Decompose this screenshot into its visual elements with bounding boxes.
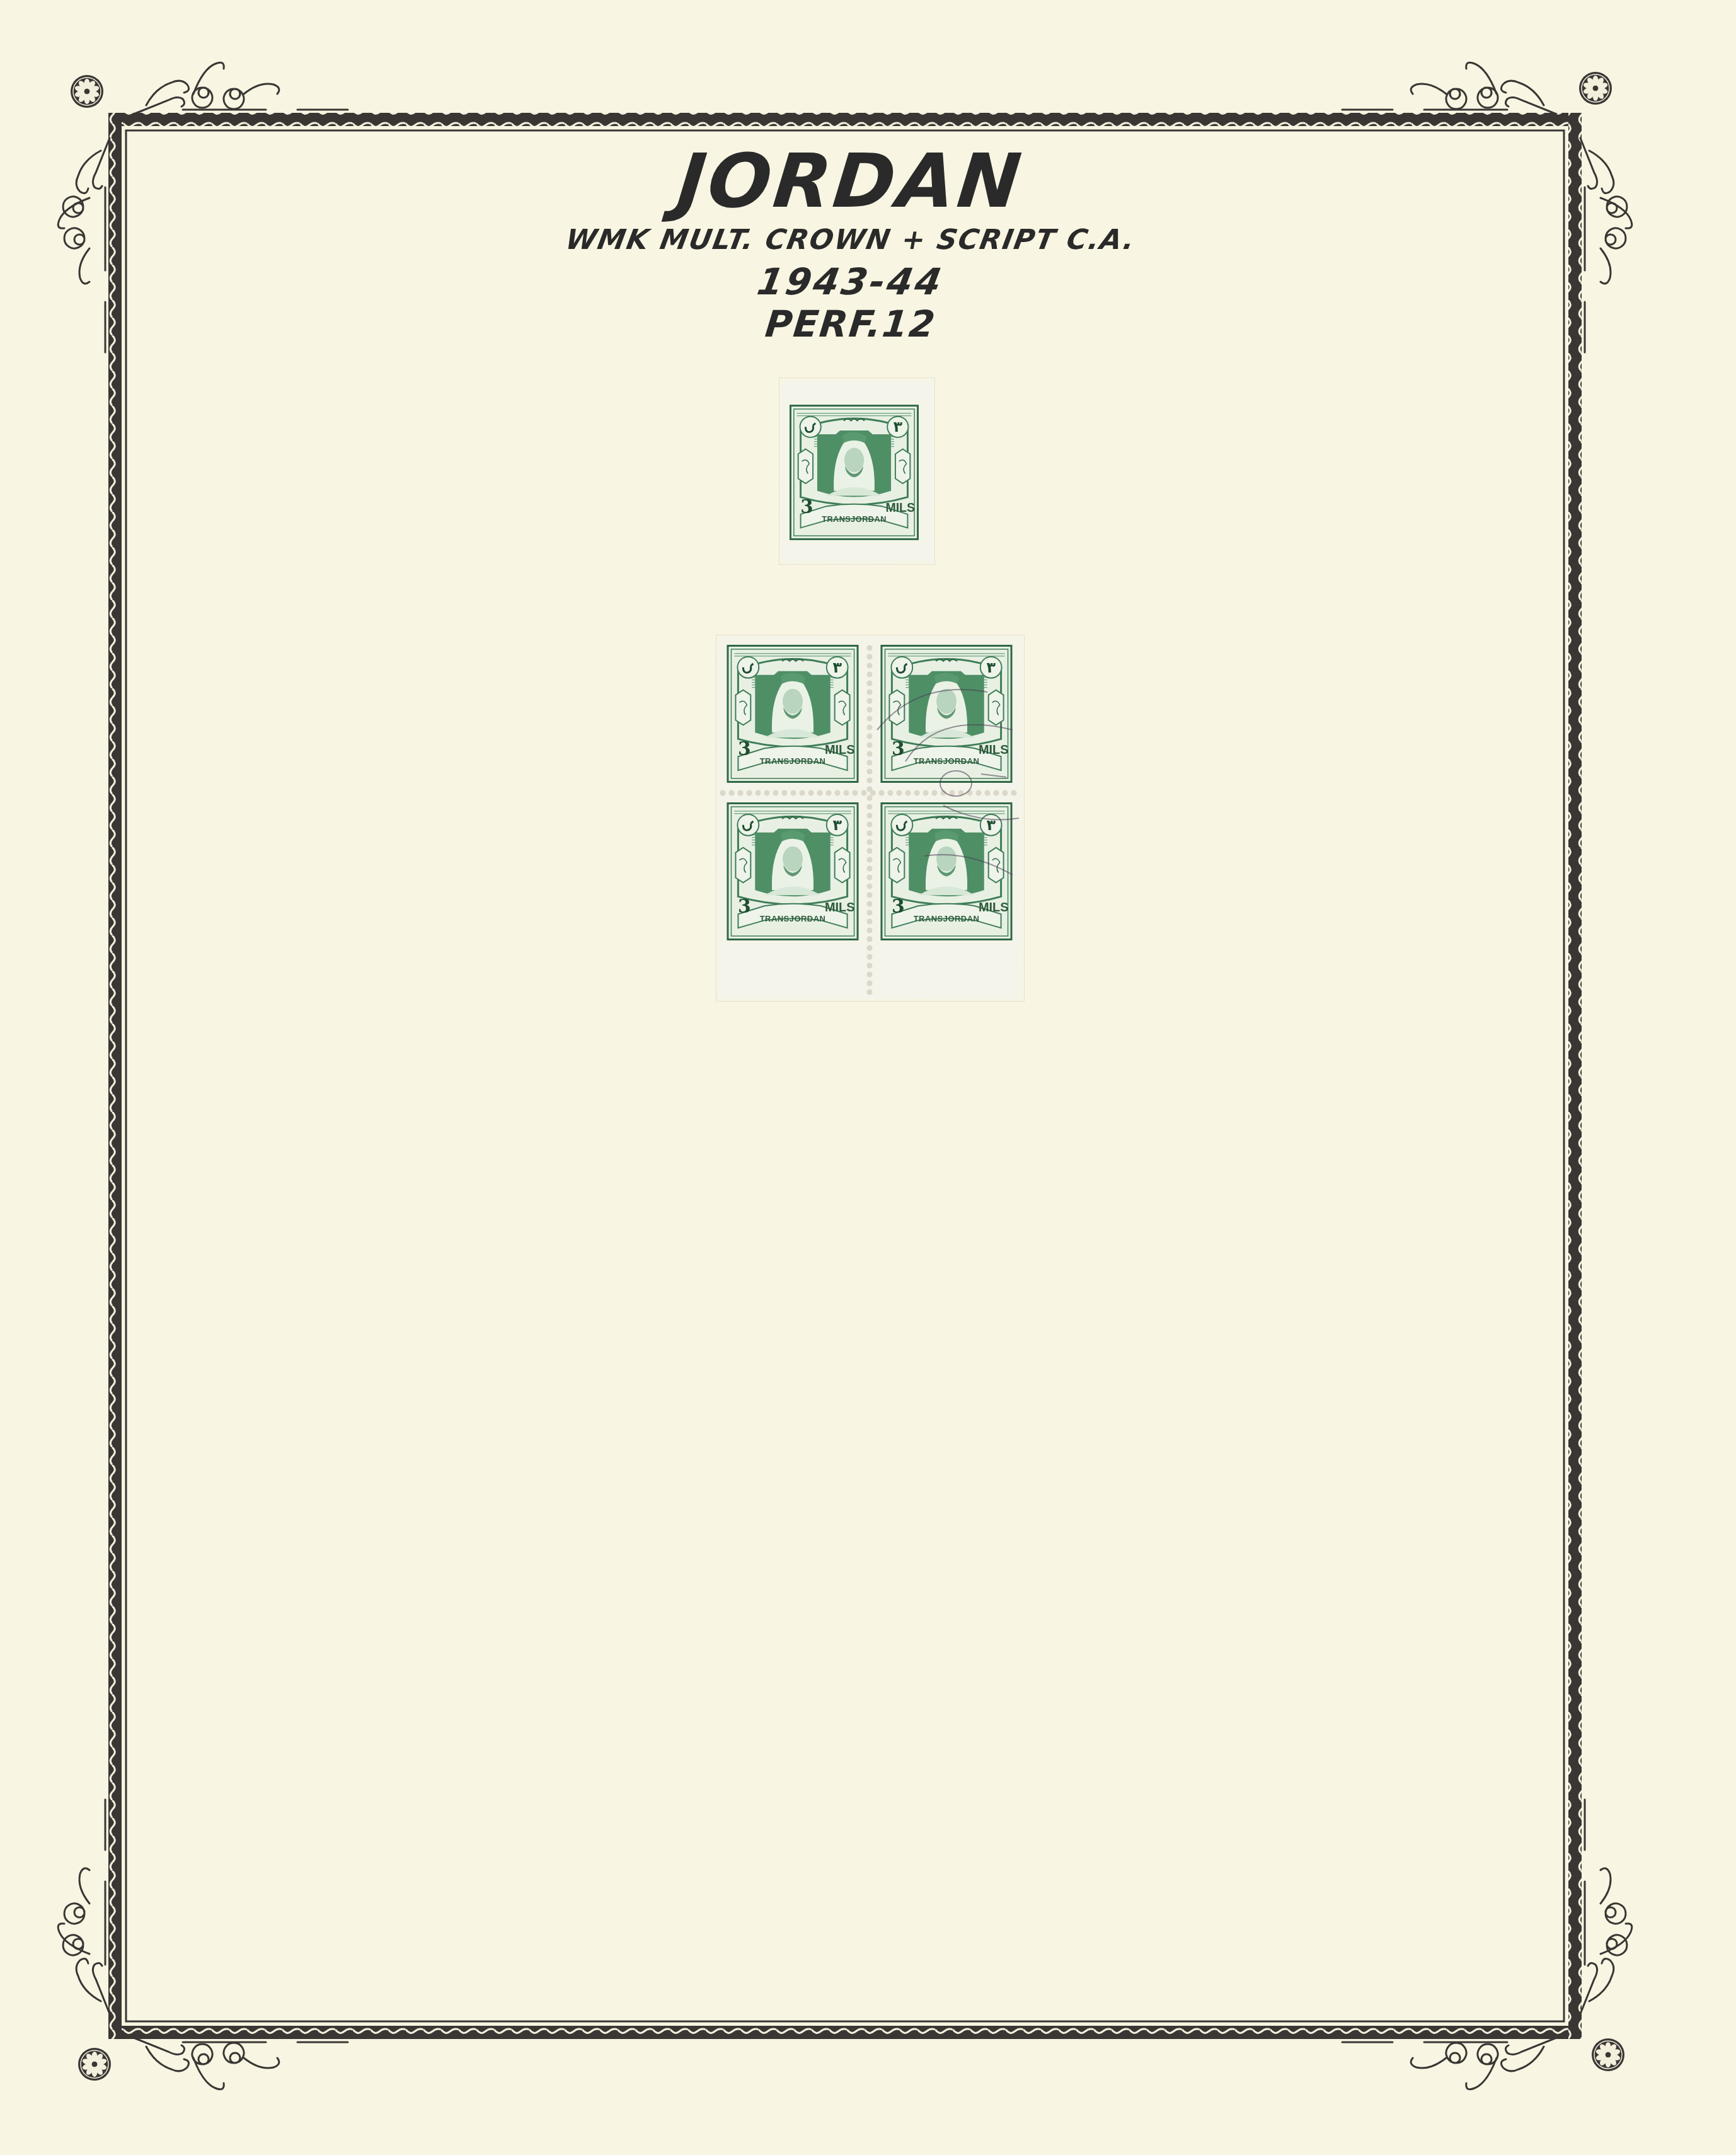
- stamp-block-image: [716, 635, 1024, 1001]
- corner-ornament-bottom-right: [1342, 1800, 1632, 2089]
- single-stamp: [779, 378, 934, 564]
- corner-ornament-top-left: [58, 62, 348, 352]
- country-title: JORDAN: [674, 142, 1027, 221]
- issue-years: 1943-44: [437, 260, 1264, 304]
- watermark-note: WMK MULT. CROWN + SCRIPT C.A.: [438, 221, 1264, 260]
- corner-ornament-bottom-left: [58, 1800, 348, 2089]
- corner-ornament-top-right: [1342, 62, 1632, 352]
- stamp-block-of-four: [716, 635, 1024, 1001]
- page-heading: JORDAN WMK MULT. CROWN + SCRIPT C.A. 194…: [441, 142, 1260, 344]
- perforation-note: PERF.12: [439, 304, 1263, 344]
- stamp-image: [779, 378, 934, 564]
